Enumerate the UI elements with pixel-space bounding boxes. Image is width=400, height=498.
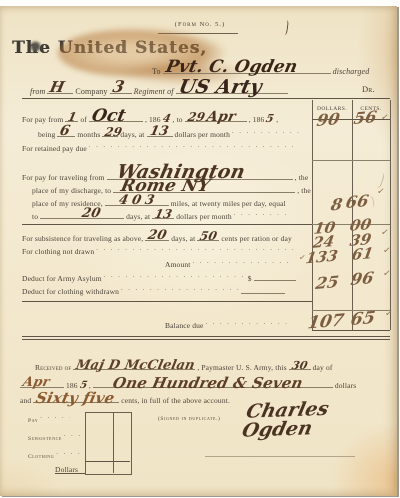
travel-line4-text2: days, at xyxy=(126,212,150,221)
company-letter: H xyxy=(49,80,67,95)
clothing-withdrawn-label: Deduct for clothing withdrawn xyxy=(22,287,119,296)
regiment-number: 3 xyxy=(111,79,126,95)
leader-dots: . . . . . . . . . . . . . . . . . . . . … xyxy=(192,258,292,267)
cents-words-blank: Sixty five xyxy=(33,393,119,403)
check-mark: ✓ xyxy=(380,228,389,238)
days-value: 29 xyxy=(104,126,124,138)
bottom-double-rule-b xyxy=(22,339,390,340)
summary-grid-divider xyxy=(113,412,114,473)
pay-line-text6: , xyxy=(276,115,278,124)
subsistence-text2: days, at xyxy=(171,234,195,243)
being-text2: months xyxy=(77,130,100,139)
check-mark: ✓ xyxy=(384,309,393,319)
travel-line2-text: place of my discharge, to xyxy=(32,186,111,195)
leader-dots: . . . . . . . . . . . . . . . . . . . . … xyxy=(206,319,288,328)
dark-spot xyxy=(29,41,42,52)
amount-words-blank: One Hundred & Seven xyxy=(93,378,333,388)
company-letter-blank: H xyxy=(47,84,73,94)
amount-box-rule-3 xyxy=(312,310,390,311)
subsistence-summary-label: Subsistence xyxy=(28,436,62,442)
pay-line-text3: , 186 xyxy=(145,115,161,124)
payee-name: Pvt. C. Ogden xyxy=(164,59,299,76)
pay-line-text2: of xyxy=(80,115,87,124)
rate-value: 13 xyxy=(148,125,169,138)
amount-withdrawn-dollars: 25 xyxy=(315,274,340,292)
received-of-label: Received of xyxy=(35,363,71,372)
scanned-document-page: (Form No. 5.) The United States, ToPvt. … xyxy=(0,0,400,498)
pay-month2: Apr xyxy=(205,110,236,124)
check-mark: ✓ xyxy=(382,246,391,256)
amount-withdrawn-cents: 96 xyxy=(350,270,375,288)
section-rule-2 xyxy=(22,301,312,302)
to-label: To xyxy=(152,67,161,76)
subsistence-days-blank: 20 xyxy=(145,231,169,241)
miles-blank: 403 xyxy=(105,196,169,206)
asylum-blank xyxy=(254,271,296,281)
dollars-underline xyxy=(55,473,85,474)
receipt-day: 30 xyxy=(290,360,308,371)
pay-line-text4: , to xyxy=(173,115,183,124)
check-mark: ✓ xyxy=(298,254,306,263)
pay-year-digit: 4 xyxy=(162,113,172,124)
pay-month-blank: Oct xyxy=(89,112,143,122)
subsistence-text1: For subsistence for traveling as above, xyxy=(22,234,143,243)
travel-line1-text: For pay for traveling from xyxy=(22,173,105,182)
cents-suffix-text: cents, in full of the above account. xyxy=(121,396,230,405)
months-value: 6 xyxy=(59,124,72,138)
receipt-month: Apr xyxy=(22,376,51,389)
paymaster-name: Maj D McClelan xyxy=(75,359,196,372)
amount-balance-dollars: 107 xyxy=(306,312,345,332)
subsistence-cents: 50 xyxy=(199,230,219,242)
amount-label: Amount xyxy=(165,260,190,269)
dr-label: Dr. xyxy=(362,84,375,94)
amount-pay-cents: 56 xyxy=(353,109,378,127)
being-text4: dollars per month xyxy=(175,130,230,139)
receipt-text2: , Paymaster U. S. Army, this xyxy=(197,363,286,372)
day-of-label: day of xyxy=(313,363,333,372)
regiment-name-blank: US Arty xyxy=(176,84,288,94)
amount-box-divider xyxy=(352,100,353,330)
pay-summary-label: Pay xyxy=(28,418,38,424)
leader-dots: . . . . . . . . . . . . . . . . . . . . … xyxy=(96,245,296,254)
leader-dots: . . . . . . . . . . . . . . . . . . . . … xyxy=(64,431,80,440)
travel-line3-suffix: miles, at twenty miles per day, equal xyxy=(171,199,286,208)
and-label: and xyxy=(20,396,31,405)
leader-dots: . . . . . . . . . . . . . . . . . . . . … xyxy=(232,128,302,137)
check-mark: ✓ xyxy=(382,269,391,279)
travel-to-blank: Rome NY xyxy=(113,183,295,193)
subsistence-text3: cents per ration or day xyxy=(221,234,292,243)
signature-line xyxy=(205,456,355,457)
subsistence-cents-blank: 50 xyxy=(197,231,219,241)
pay-day2: 29 xyxy=(186,111,206,123)
amount-box-rule-1 xyxy=(312,160,390,161)
receipt-day-blank: 30 xyxy=(289,360,311,370)
being-text3: days, at xyxy=(120,130,144,139)
amount-box-right-border xyxy=(390,100,391,330)
travel-rate-blank: 13 xyxy=(152,209,174,219)
paymaster-blank: Maj D McClelan xyxy=(73,360,195,370)
signature: Charles Ogden xyxy=(240,397,400,440)
amount-total-cents: 61 xyxy=(351,246,375,263)
company-label: Company xyxy=(75,87,107,96)
amount-box-left-border xyxy=(312,100,313,330)
dollar-sign: $ xyxy=(248,274,252,283)
payee-blank: Pvt. C. Ogden xyxy=(163,64,331,74)
withdrawn-blank xyxy=(241,284,285,294)
travel-days-blank: 20 xyxy=(40,209,124,219)
travel-days-value: 20 xyxy=(81,207,102,220)
leader-dots: . . . . . . . . . . . . . . . . . . . . … xyxy=(40,413,70,422)
check-mark: ✓ xyxy=(380,113,389,123)
leader-dots: . . . . . . . . . . . . . . . . . . . . … xyxy=(89,142,299,151)
subsistence-days: 20 xyxy=(147,229,168,242)
summary-grid xyxy=(85,412,132,475)
being-months-blank: 6 xyxy=(57,127,75,137)
being-text1: being xyxy=(38,130,55,139)
balance-due-label: Balance due xyxy=(165,321,204,330)
regiment-no-blank: 3 xyxy=(110,84,132,94)
travel-line2-suffix: , the xyxy=(297,186,311,195)
section-rule-1 xyxy=(22,224,312,225)
leader-dots: . . . . . . . . . . . . . . . . . . . . … xyxy=(234,210,290,219)
travel-line1-suffix: , the xyxy=(295,173,309,182)
summary-grid-rule xyxy=(85,461,130,462)
regiment-name: US Arty xyxy=(177,78,264,97)
being-rate-blank: 13 xyxy=(147,127,173,137)
travel-line4-text3: dollars per month xyxy=(176,212,231,221)
discharged-label: discharged xyxy=(333,67,370,76)
bottom-double-rule-a xyxy=(22,336,390,337)
amount-pay-dollars: 90 xyxy=(316,111,341,129)
travel-rate-value: 13 xyxy=(154,208,174,220)
leader-dots: . . . . . . . . . . . . . . . . . . . . … xyxy=(121,285,239,294)
dollars-word: dollars xyxy=(335,381,356,390)
travel-line4-text1: to xyxy=(32,212,38,221)
amount-balance-cents: 65 xyxy=(349,310,376,329)
pay-line-text5: , 186 xyxy=(249,115,265,124)
from-label: from xyxy=(30,87,45,96)
leader-dots: . . . . . . . . . . . . . . . . . . . . … xyxy=(104,272,246,281)
amount-total-dollars: 133 xyxy=(305,249,339,267)
clothing-not-drawn-label: For clothing not drawn xyxy=(22,247,94,256)
miles-value: 403 xyxy=(117,194,159,207)
receipt-month-blank: Apr xyxy=(20,378,64,388)
clothing-summary-label: Clothing xyxy=(28,454,54,460)
top-rule xyxy=(22,98,390,99)
pay-year-digit2: 5 xyxy=(265,113,275,124)
duplicate-note: (Signed in duplicate.) xyxy=(158,416,221,422)
pay-day-blank: 1 xyxy=(65,112,78,122)
leader-dots: . . . . . . . . . . . . . . . . . . . . … xyxy=(56,449,80,458)
pay-line-text1: For pay from xyxy=(22,115,63,124)
pay-day: 1 xyxy=(67,111,78,123)
pay-to-blank: 29 Apr xyxy=(185,112,247,122)
retained-pay-label: For retained pay due xyxy=(22,144,87,153)
amount-in-words: One Hundred & Seven xyxy=(111,376,304,391)
regiment-of-label: Regiment of xyxy=(134,87,174,96)
being-days-blank: 29 xyxy=(102,127,118,137)
army-asylum-label: Deduct for Army Asylum xyxy=(22,274,102,283)
pay-month: Oct xyxy=(90,108,127,125)
cents-in-words: Sixty five xyxy=(35,391,116,406)
